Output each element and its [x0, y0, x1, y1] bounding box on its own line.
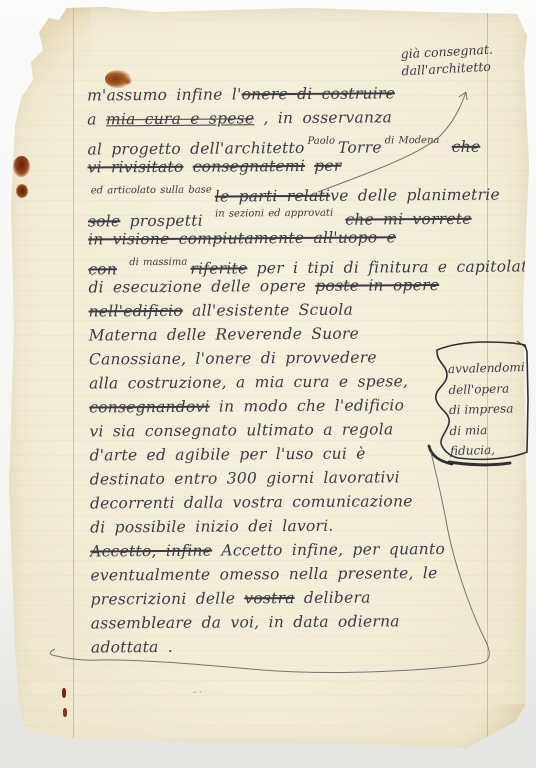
- manuscript-line: di possibile inizio dei lavori.: [90, 513, 508, 540]
- manuscript-line: al progetto dell'architettoPaoloTorredi …: [87, 129, 505, 156]
- struck-word: Accetto, infine: [90, 542, 212, 561]
- manuscript-line: Accetto, infine Accetto infine, per quan…: [90, 537, 508, 564]
- struck-word: mia cura e spese: [106, 109, 254, 128]
- handwritten-word: m'assumo infine l': [87, 85, 242, 104]
- handwritten-word: alla costruzione, a mia cura e spese,: [89, 372, 408, 392]
- handwritten-word: eventualmente omesso nella presente, le: [90, 564, 437, 584]
- struck-word: per: [314, 157, 341, 175]
- struck-word: vostra: [244, 589, 295, 607]
- manuscript-line: vi sia consegnato ultimato a regola: [89, 417, 507, 444]
- struck-word: poste in opere: [315, 276, 439, 295]
- manuscript-line: prescrizioni delle vostra delibera: [91, 585, 509, 612]
- handwritten-word: di esecuzione delle opere: [88, 277, 315, 297]
- inserted-word: di massima: [129, 257, 187, 268]
- manuscript-line: decorrenti dalla vostra comunicazione: [90, 489, 508, 516]
- inserted-word: in sezioni ed approvati: [215, 208, 333, 220]
- struck-word: in visione compiutamente all'uopo e: [88, 228, 396, 248]
- handwritten-word: delibera: [295, 588, 371, 607]
- torn-corner-shading: [5, 6, 91, 124]
- manuscript-paper: - · già consegnat. dall'architetto avval…: [5, 6, 532, 754]
- manuscript-text: m'assumo infine l'onere di costruirea mi…: [87, 81, 509, 660]
- manuscript-line: eventualmente omesso nella presente, le: [90, 561, 508, 588]
- handwritten-word: a: [87, 110, 106, 128]
- manuscript-line: vi rivisitato consegnatemi per: [87, 153, 505, 180]
- red-ink-dot: [63, 708, 67, 717]
- manuscript-line: adottata .: [91, 633, 509, 660]
- handwritten-word: di possibile inizio dei lavori.: [90, 517, 334, 537]
- handwritten-word: assembleare da voi, in data odierna: [91, 612, 400, 632]
- handwritten-word: Torre: [338, 138, 382, 156]
- struck-word: che: [452, 138, 481, 156]
- corner-annotation: già consegnat. dall'architetto: [400, 39, 532, 80]
- handwritten-word: vi sia consegnato ultimato a regola: [89, 420, 393, 440]
- struck-word: consegnandovi: [89, 398, 210, 417]
- handwritten-word: all'esistente Scuola: [183, 301, 353, 320]
- red-ink-dot: [62, 688, 66, 698]
- manuscript-line: nell'edificio all'esistente Scuola: [89, 297, 507, 324]
- handwritten-word: d'arte ed agibile per l'uso cui è: [90, 445, 366, 465]
- manuscript-line: alla costruzione, a mia cura e spese,: [89, 369, 507, 396]
- manuscript-line: Materna delle Reverende Suore: [89, 321, 507, 348]
- handwritten-word: adottata .: [91, 638, 173, 657]
- manuscript-line: d'arte ed agibile per l'uso cui è: [90, 441, 508, 468]
- rust-stain: [16, 184, 28, 198]
- manuscript-line: in visione compiutamente all'uopo e: [88, 225, 506, 252]
- manuscript-line: di esecuzione delle opere poste in opere: [88, 273, 506, 300]
- handwritten-word: decorrenti dalla vostra comunicazione: [90, 492, 413, 512]
- handwritten-word: Canossiane, l'onere di provvedere: [89, 348, 377, 368]
- handwritten-word: [442, 138, 451, 156]
- manuscript-line: sole prospetti in sezioni ed approvati c…: [88, 201, 506, 228]
- handwritten-word: [305, 157, 314, 175]
- struck-word: vi rivisitato: [88, 158, 184, 177]
- handwritten-word: Accetto infine, per quanto: [212, 540, 445, 560]
- struck-word: onere di costruire: [241, 84, 395, 103]
- manuscript-line: destinato entro 300 giorni lavorativi: [90, 465, 508, 492]
- handwritten-word: prescrizioni delle: [91, 589, 245, 608]
- handwritten-word: , in osservanza: [254, 108, 392, 127]
- manuscript-line: ed articolato sulla basele parti relativ…: [88, 177, 506, 204]
- manuscript-line: Canossiane, l'onere di provvedere: [89, 345, 507, 372]
- handwritten-word: in modo che l'edificio: [210, 396, 405, 415]
- handwritten-word: Materna delle Reverende Suore: [89, 325, 359, 345]
- inserted-word: di Modena: [385, 135, 440, 146]
- handwritten-word: [183, 158, 192, 176]
- inserted-word: Paolo: [307, 136, 335, 147]
- handwritten-word: destinato entro 300 giorni lavorativi: [90, 468, 400, 488]
- pencil-mark: - ·: [193, 688, 209, 694]
- struck-word: consegnatemi: [193, 157, 305, 176]
- manuscript-line: con di massimariferite per i tipi di fin…: [88, 249, 506, 276]
- struck-word: nell'edificio: [89, 302, 183, 321]
- inserted-word: ed articolato sulla base: [91, 185, 212, 197]
- manuscript-line: consegnandovi in modo che l'edificio: [89, 393, 507, 420]
- folded-corner-shading: [442, 704, 532, 754]
- manuscript-line: a mia cura e spese , in osservanza: [87, 105, 505, 132]
- scanned-page: - · già consegnat. dall'architetto avval…: [0, 0, 536, 768]
- manuscript-line: assembleare da voi, in data odierna: [91, 609, 509, 636]
- rust-stain: [13, 156, 30, 177]
- manuscript-line: m'assumo infine l'onere di costruire: [87, 81, 505, 108]
